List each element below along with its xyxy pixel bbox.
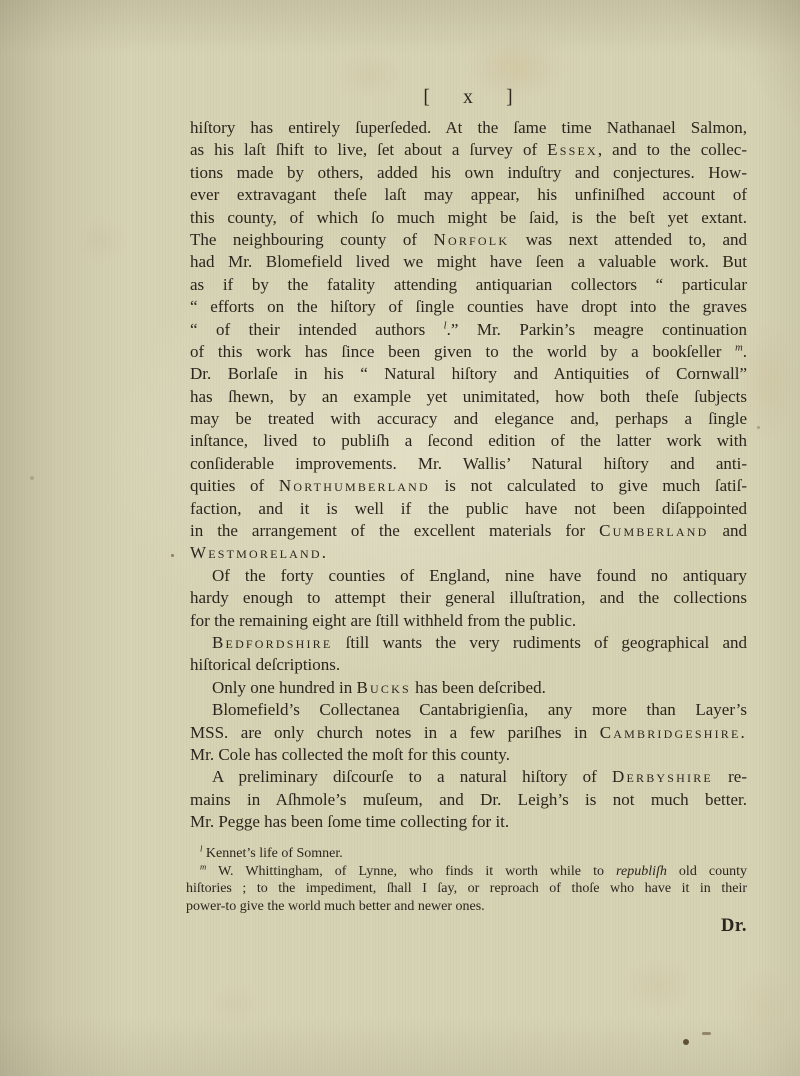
- text-segment: Of the forty counties of England, nine h…: [212, 566, 747, 585]
- text-line: hiſtory has entirely ſuperſeded. At the …: [190, 117, 747, 139]
- text-segment: .: [743, 342, 747, 361]
- text-segment: A preliminary diſcourſe to a natural hiſ…: [212, 767, 612, 786]
- text-segment: tions made by others, added his own indu…: [190, 163, 747, 182]
- text-segment: Cumberland: [599, 521, 708, 540]
- text-segment: is not calculated to give much ſatiſ-: [430, 476, 747, 495]
- text-line: as his laſt ſhift to live, ſet about a ſ…: [190, 139, 747, 161]
- paper-speck: [757, 426, 760, 429]
- page-number: [ x ]: [190, 85, 747, 111]
- text-line: hiſtorical deſcriptions.: [190, 654, 747, 676]
- text-segment: Mr. Pegge has been ſome time collecting …: [190, 812, 509, 831]
- text-segment: .” Mr. Parkin’s meagre continuation: [447, 320, 747, 339]
- text-line: conſiderable improvements. Mr. Wallis’ N…: [190, 453, 747, 475]
- text-line: Of the forty counties of England, nine h…: [190, 565, 747, 587]
- text-line: ever extravagant theſe laſt may appear, …: [190, 184, 747, 206]
- text-segment: MSS. are only church notes in a few pari…: [190, 723, 600, 742]
- paper-speck: [30, 476, 34, 480]
- text-segment: hiſtory has entirely ſuperſeded. At the …: [190, 118, 747, 137]
- paper-stain: [628, 962, 690, 1008]
- text-line: Blomefield’s Collectanea Cantabrigienſia…: [190, 699, 747, 721]
- text-line: tions made by others, added his own indu…: [190, 162, 747, 184]
- text-segment: Blomefield’s Collectanea Cantabrigienſia…: [212, 700, 747, 719]
- text-line: Mr. Pegge has been ſome time collecting …: [190, 811, 747, 833]
- text-segment: The neighbouring county of: [190, 230, 434, 249]
- text-segment: re-: [713, 767, 747, 786]
- book-page: [ x ] hiſtory has entirely ſuperſeded. A…: [0, 0, 800, 1076]
- text-segment: has ſhewn, by an example yet unimitated,…: [190, 387, 747, 406]
- text-segment: Norfolk: [434, 230, 510, 249]
- text-line: in the arrangement of the excellent mate…: [190, 520, 747, 542]
- text-line: Westmoreland.: [190, 542, 747, 564]
- text-segment: Dr. Borlaſe in his “ Natural hiſtory and…: [190, 364, 747, 383]
- text-segment: Kennet’s life of Somner.: [202, 846, 342, 861]
- text-line: Mr. Cole has collected the moſt for this…: [190, 744, 747, 766]
- text-segment: ever extravagant theſe laſt may appear, …: [190, 185, 747, 204]
- text-segment: Essex: [547, 140, 598, 159]
- text-segment: mains in Aſhmole’s muſeum, and Dr. Leigh…: [190, 790, 747, 809]
- text-line: Bedfordshire ſtill wants the very rudime…: [190, 632, 747, 654]
- text-line: hiſtories ; to the impediment, ſhall I ſ…: [186, 880, 747, 898]
- text-segment: quities of: [190, 476, 279, 495]
- text-segment: for the remaining eight are ſtill withhe…: [190, 611, 576, 630]
- paper-stain: [213, 988, 255, 1020]
- text-segment: has been deſcribed.: [411, 678, 546, 697]
- text-segment: hiſtorical deſcriptions.: [190, 655, 340, 674]
- text-segment: ſtill wants the very rudiments of geogra…: [332, 633, 747, 652]
- text-segment: and: [708, 521, 747, 540]
- text-line: Dr. Borlaſe in his “ Natural hiſtory and…: [190, 363, 747, 385]
- footnote-marker: m: [735, 342, 743, 353]
- text-segment: faction, and it is well if the public ha…: [190, 499, 747, 518]
- text-line: MSS. are only church notes in a few pari…: [190, 722, 747, 744]
- text-line: l Kennet’s life of Somner.: [186, 845, 747, 863]
- text-segment: inſtance, lived to publiſh a ſecond edit…: [190, 431, 747, 450]
- text-line: has ſhewn, by an example yet unimitated,…: [190, 386, 747, 408]
- text-segment: Derbyshire: [612, 767, 713, 786]
- text-segment: as his laſt ſhift to live, ſet about a ſ…: [190, 140, 547, 159]
- paper-stain: [733, 972, 795, 1044]
- text-line: mains in Aſhmole’s muſeum, and Dr. Leigh…: [190, 789, 747, 811]
- footnotes: l Kennet’s life of Somner.m W. Whittingh…: [186, 845, 747, 915]
- text-segment: old county: [667, 864, 747, 879]
- text-segment: Cambridgeshire.: [600, 723, 747, 742]
- text-line: faction, and it is well if the public ha…: [190, 498, 747, 520]
- text-line: power-to give the world much better and …: [186, 898, 747, 916]
- text-line: hardy enough to attempt their general il…: [190, 587, 747, 609]
- text-line: had Mr. Blomefield lived we might have ſ…: [190, 251, 747, 273]
- text-line: “ efforts on the hiſtory of ſingle count…: [190, 296, 747, 318]
- text-line: A preliminary diſcourſe to a natural hiſ…: [190, 766, 747, 788]
- paper-speck: [171, 554, 174, 557]
- text-segment: may be treated with accuracy and eleganc…: [190, 409, 747, 428]
- text-line: of this work has ſince been given to the…: [190, 341, 747, 363]
- text-segment: “ efforts on the hiſtory of ſingle count…: [190, 297, 747, 316]
- catchword: Dr.: [190, 914, 747, 938]
- text-line: The neighbouring county of Norfolk was n…: [190, 229, 747, 251]
- text-segment: Mr. Cole has collected the moſt for this…: [190, 745, 510, 764]
- text-line: quities of Northumberland is not calcula…: [190, 475, 747, 497]
- text-segment: Only one hundred in: [212, 678, 356, 697]
- text-line: as if by the fatality attending antiquar…: [190, 274, 747, 296]
- paper-speck: [683, 1039, 689, 1045]
- text-segment: this county, of which ſo much might be ſ…: [190, 208, 747, 227]
- text-line: may be treated with accuracy and eleganc…: [190, 408, 747, 430]
- text-line: Only one hundred in Bucks has been deſcr…: [190, 677, 747, 699]
- text-line: “ of their intended authors l.” Mr. Park…: [190, 319, 747, 341]
- text-segment: Northumberland: [279, 476, 430, 495]
- text-segment: was next attended to, and: [509, 230, 747, 249]
- text-line: for the remaining eight are ſtill withhe…: [190, 610, 747, 632]
- text-line: m W. Whittingham, of Lynne, who finds it…: [186, 863, 747, 881]
- paper-stain: [742, 325, 794, 440]
- paper-speck: [702, 1032, 711, 1035]
- text-segment: Westmoreland.: [190, 543, 328, 562]
- text-segment: conſiderable improvements. Mr. Wallis’ N…: [190, 454, 747, 473]
- text-segment: Bucks: [356, 678, 410, 697]
- text-line: this county, of which ſo much might be ſ…: [190, 207, 747, 229]
- text-segment: , and to the collec-: [598, 140, 747, 159]
- body-text: hiſtory has entirely ſuperſeded. At the …: [190, 117, 747, 834]
- text-segment: of this work has ſince been given to the…: [190, 342, 735, 361]
- text-segment: W. Whittingham, of Lynne, who finds it w…: [206, 864, 616, 879]
- text-segment: as if by the fatality attending antiquar…: [190, 275, 747, 294]
- text-line: inſtance, lived to publiſh a ſecond edit…: [190, 430, 747, 452]
- text-segment: hardy enough to attempt their general il…: [190, 588, 747, 607]
- text-segment: in the arrangement of the excellent mate…: [190, 521, 599, 540]
- text-segment: had Mr. Blomefield lived we might have ſ…: [190, 252, 747, 271]
- text-segment: power-to give the world much better and …: [186, 899, 485, 914]
- paper-stain: [78, 222, 124, 258]
- text-segment: hiſtories ; to the impediment, ſhall I ſ…: [186, 881, 747, 896]
- text-segment: republiſh: [616, 864, 667, 879]
- text-segment: “ of their intended authors: [190, 320, 444, 339]
- text-segment: Bedfordshire: [212, 633, 332, 652]
